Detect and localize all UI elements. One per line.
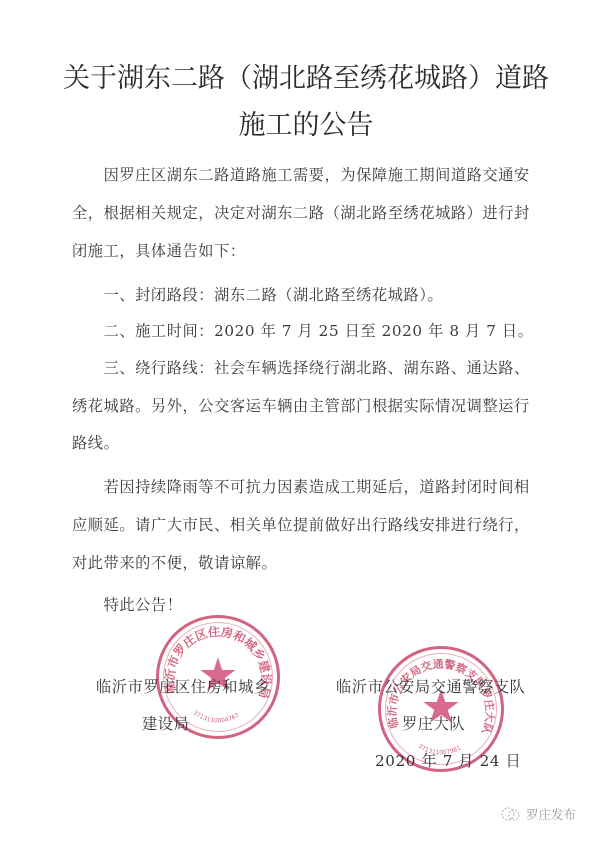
wechat-official-account-icon (500, 806, 522, 822)
body-text-line: 若因持续降雨等不可抗力因素造成工期延后，道路封闭时间相 (72, 476, 530, 497)
body-text-line: 全，根据相关规定，决定对湖东二路（湖北路至绣花城路）进行封 (72, 202, 530, 223)
body-text-line: 因罗庄区湖东二路道路施工需要，为保障施工期间道路交通安 (72, 164, 530, 185)
detour-route-line: 路线。 (72, 432, 119, 453)
body-text-line: 应顺延。请广大市民、相关单位提前做好出行路线安排进行绕行， (72, 514, 530, 535)
watermark-label: 罗庄发布 (526, 805, 576, 823)
source-watermark: 罗庄发布 (500, 805, 576, 823)
notice-title-line-1: 关于湖东二路（湖北路至绣花城路）道路 (0, 56, 612, 95)
issuer-left-name-cont: 建设局 (142, 713, 189, 734)
body-text-line: 闭施工，具体通告如下： (72, 240, 246, 261)
issuer-left-name: 临沂市罗庄区住房和城乡 (96, 676, 270, 697)
notice-title-line-2: 施工的公告 (0, 103, 612, 142)
issuer-right-name: 临沂市公安局交通警察支队 (336, 676, 525, 697)
detour-route-line: 绣花城路。另外，公交客运车辆由主管部门根据实际情况调整运行 (72, 395, 530, 416)
detour-route-line: 三、绕行路线：社会车辆选择绕行湖北路、湖东路、通达路、 (72, 357, 530, 378)
issue-date: 2020 年 7 月 24 日 (375, 750, 521, 771)
construction-time-item: 二、施工时间：2020 年 7 月 25 日至 2020 年 8 月 7 日。 (72, 320, 534, 341)
body-text-line: 对此带来的不便，敬请谅解。 (72, 552, 277, 573)
issuer-right-name-cont: 罗庄大队 (402, 713, 465, 734)
closing-statement: 特此公告！ (72, 594, 183, 615)
closed-section-item: 一、封闭路段：湖东二路（湖北路至绣花城路）。 (72, 284, 443, 305)
svg-text:3713110004767: 3713110004767 (192, 710, 241, 725)
